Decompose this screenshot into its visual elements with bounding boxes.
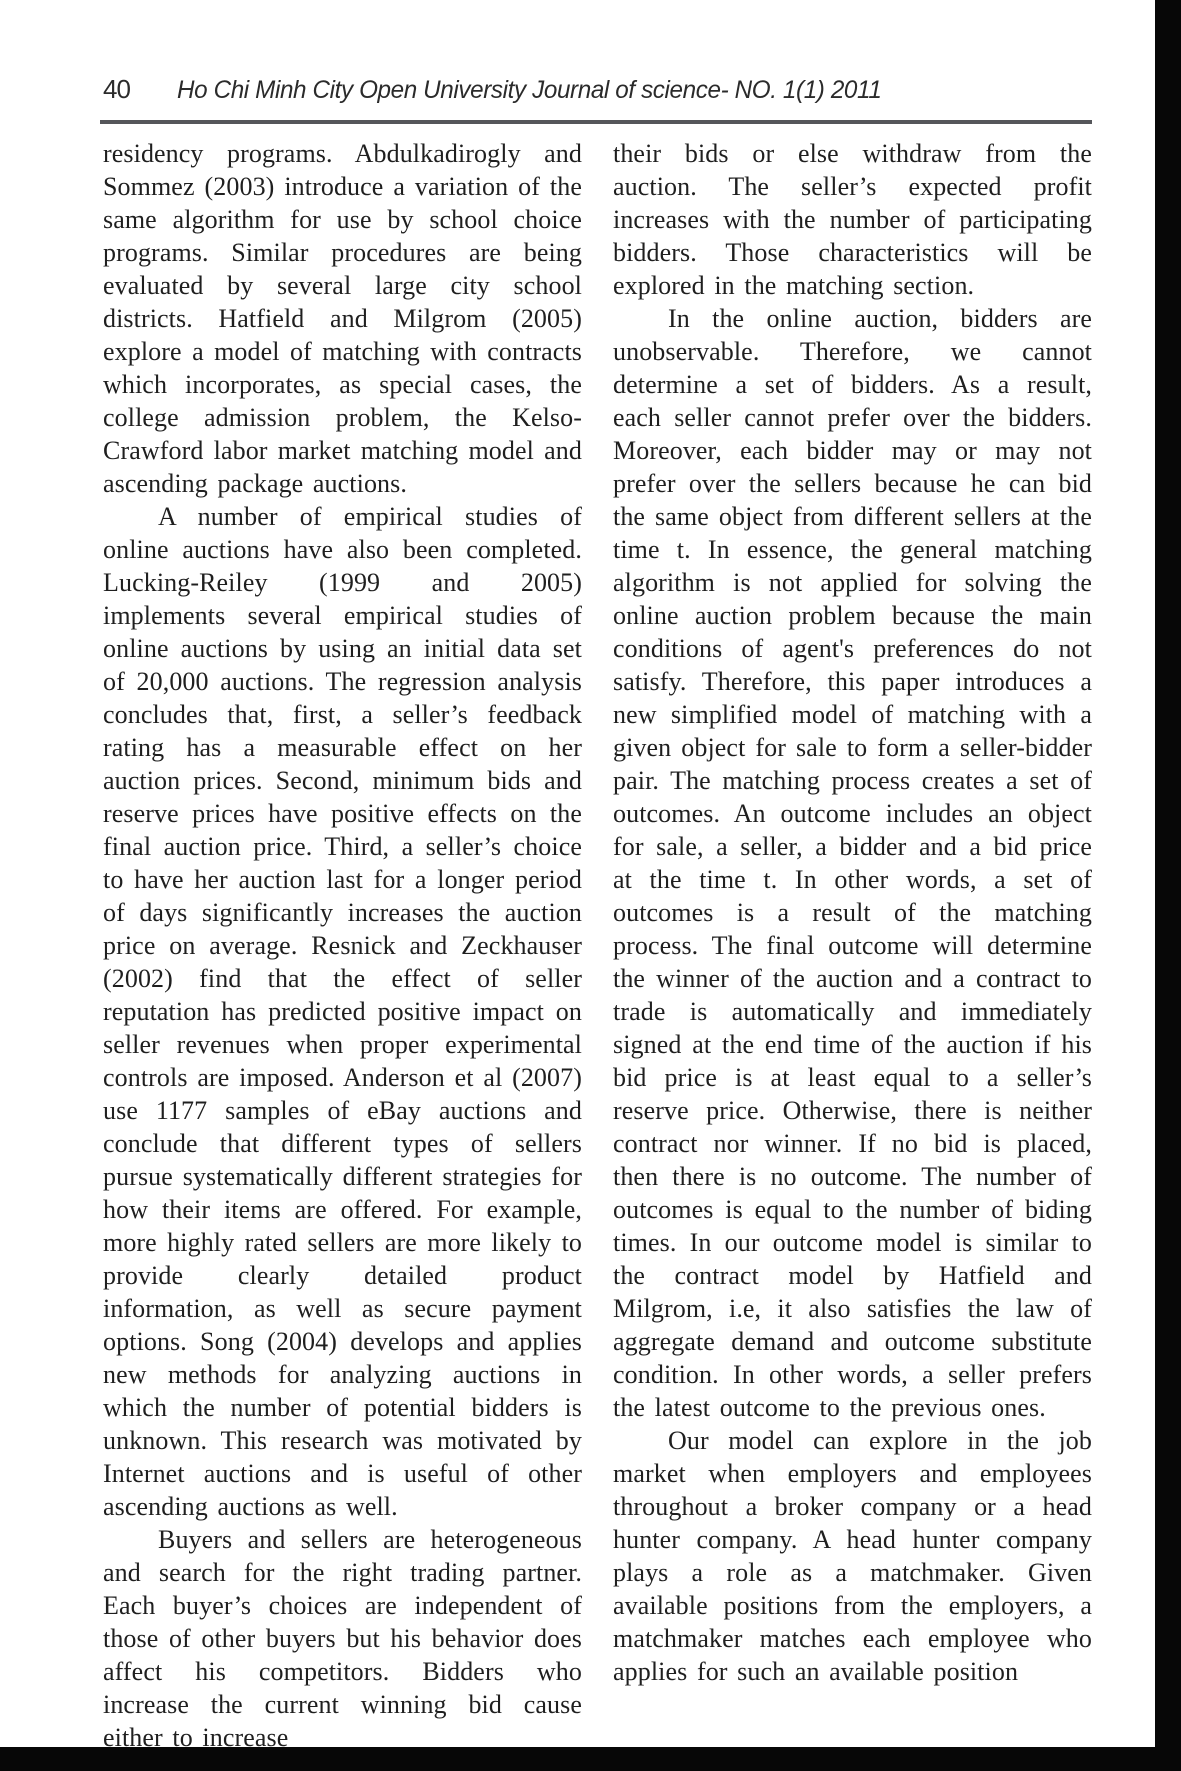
paragraph: their bids or else withdraw from the auc… xyxy=(613,137,1092,302)
page-header: 40 Ho Chi Minh City Open University Jour… xyxy=(103,74,1093,105)
scan-edge-right xyxy=(1155,0,1181,1771)
page-number: 40 xyxy=(103,74,177,105)
paragraph: In the online auction, bidders are unobs… xyxy=(613,302,1092,1424)
paragraph: Buyers and sellers are heterogeneous and… xyxy=(103,1523,582,1754)
journal-title: Ho Chi Minh City Open University Journal… xyxy=(177,76,881,105)
journal-page: 40 Ho Chi Minh City Open University Jour… xyxy=(0,0,1181,1771)
paragraph: A number of empirical studies of online … xyxy=(103,500,582,1523)
scan-edge-bottom xyxy=(0,1747,1181,1771)
header-rule xyxy=(100,120,1092,124)
paragraph: Our model can explore in the job market … xyxy=(613,1424,1092,1688)
right-column: their bids or else withdraw from the auc… xyxy=(613,137,1092,1754)
paragraph: residency programs. Abdulkadirogly and S… xyxy=(103,137,582,500)
text-columns: residency programs. Abdulkadirogly and S… xyxy=(103,137,1092,1754)
left-column: residency programs. Abdulkadirogly and S… xyxy=(103,137,582,1754)
